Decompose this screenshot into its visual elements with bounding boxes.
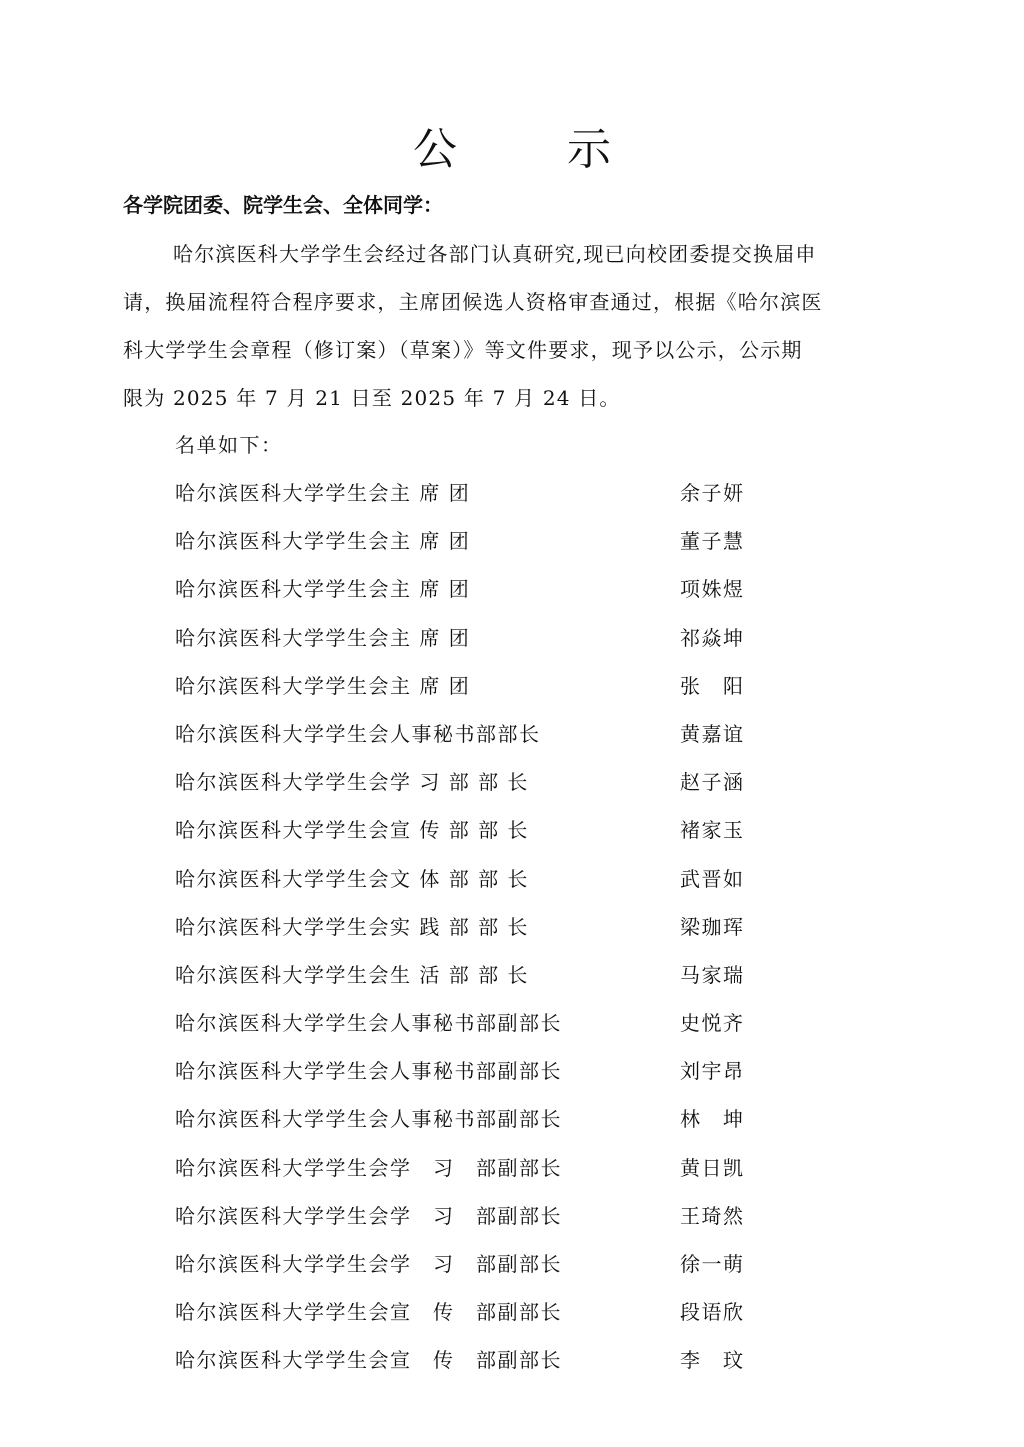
position-label: 哈尔滨医科大学学生会文 体 部 部 长 [175,864,529,894]
position-label: 哈尔滨医科大学学生会主 席 团 [175,526,470,556]
roster-row: 哈尔滨医科大学学生会主 席 团董子慧 [175,526,775,574]
position-label: 哈尔滨医科大学学生会学 习 部副部长 [175,1249,562,1279]
roster-row: 哈尔滨医科大学学生会主 席 团项姝煜 [175,574,775,622]
person-name: 张 阳 [680,671,745,701]
position-label: 哈尔滨医科大学学生会人事秘书部部长 [175,719,541,749]
position-label: 哈尔滨医科大学学生会人事秘书部副部长 [175,1056,562,1086]
person-name: 王琦然 [680,1201,745,1231]
paragraph-line: 科大学学生会章程（修订案）（草案）》等文件要求，现予以公示，公示期 [123,326,908,374]
position-label: 哈尔滨医科大学学生会主 席 团 [175,478,470,508]
roster-row: 哈尔滨医科大学学生会学 习 部副部长王琦然 [175,1201,775,1249]
position-label: 哈尔滨医科大学学生会宣 传 部副部长 [175,1345,562,1375]
person-name: 李 玟 [680,1345,745,1375]
paragraph-line: 限为 2025 年 7 月 21 日至 2025 年 7 月 24 日。 [123,374,908,422]
person-name: 段语欣 [680,1297,745,1327]
position-label: 哈尔滨医科大学学生会主 席 团 [175,623,470,653]
position-label: 哈尔滨医科大学学生会生 活 部 部 长 [175,960,529,990]
person-name: 祁焱坤 [680,623,745,653]
position-label: 哈尔滨医科大学学生会学 习 部副部长 [175,1153,562,1183]
announcement-paragraph: 哈尔滨医科大学学生会经过各部门认真研究,现已向校团委提交换届申 请，换届流程符合… [123,230,908,422]
roster-row: 哈尔滨医科大学学生会文 体 部 部 长武晋如 [175,864,775,912]
roster-row: 哈尔滨医科大学学生会生 活 部 部 长马家瑞 [175,960,775,1008]
person-name: 项姝煜 [680,574,745,604]
paragraph-line: 哈尔滨医科大学学生会经过各部门认真研究,现已向校团委提交换届申 [123,230,908,278]
position-label: 哈尔滨医科大学学生会主 席 团 [175,671,470,701]
person-name: 余子妍 [680,478,745,508]
roster-row: 哈尔滨医科大学学生会主 席 团张 阳 [175,671,775,719]
roster-row: 哈尔滨医科大学学生会宣 传 部副部长段语欣 [175,1297,775,1345]
position-label: 哈尔滨医科大学学生会学 习 部 部 长 [175,767,529,797]
position-label: 哈尔滨医科大学学生会实 践 部 部 长 [175,912,529,942]
position-label: 哈尔滨医科大学学生会宣 传 部 部 长 [175,815,529,845]
person-name: 赵子涵 [680,767,745,797]
position-label: 哈尔滨医科大学学生会主 席 团 [175,574,470,604]
page-title: 公 示 [0,122,1024,178]
roster-row: 哈尔滨医科大学学生会主 席 团祁焱坤 [175,623,775,671]
person-name: 梁珈珲 [680,912,745,942]
person-name: 马家瑞 [680,960,745,990]
roster-row: 哈尔滨医科大学学生会实 践 部 部 长梁珈珲 [175,912,775,960]
roster-row: 哈尔滨医科大学学生会宣 传 部副部长李 玟 [175,1345,775,1393]
person-name: 林 坤 [680,1104,745,1134]
roster-row: 哈尔滨医科大学学生会主 席 团余子妍 [175,478,775,526]
paragraph-line: 请，换届流程符合程序要求，主席团候选人资格审查通过，根据《哈尔滨医 [123,278,908,326]
roster-row: 哈尔滨医科大学学生会学 习 部副部长黄日凯 [175,1153,775,1201]
roster-row: 哈尔滨医科大学学生会人事秘书部副部长史悦齐 [175,1008,775,1056]
roster-row: 哈尔滨医科大学学生会学 习 部 部 长赵子涵 [175,767,775,815]
person-name: 黄日凯 [680,1153,745,1183]
roster-row: 哈尔滨医科大学学生会宣 传 部 部 长褚家玉 [175,815,775,863]
person-name: 武晋如 [680,864,745,894]
person-name: 董子慧 [680,526,745,556]
person-name: 徐一萌 [680,1249,745,1279]
position-label: 哈尔滨医科大学学生会宣 传 部副部长 [175,1297,562,1327]
position-label: 哈尔滨医科大学学生会人事秘书部副部长 [175,1104,562,1134]
person-name: 史悦齐 [680,1008,745,1038]
position-label: 哈尔滨医科大学学生会人事秘书部副部长 [175,1008,562,1038]
roster-row: 哈尔滨医科大学学生会人事秘书部副部长林 坤 [175,1104,775,1152]
position-label: 哈尔滨医科大学学生会学 习 部副部长 [175,1201,562,1231]
roster-list: 哈尔滨医科大学学生会主 席 团余子妍 哈尔滨医科大学学生会主 席 团董子慧 哈尔… [175,478,775,1394]
salutation: 各学院团委、院学生会、全体同学： [123,190,443,220]
person-name: 刘宇昂 [680,1056,745,1086]
roster-row: 哈尔滨医科大学学生会人事秘书部副部长刘宇昂 [175,1056,775,1104]
list-intro: 名单如下： [175,430,283,460]
person-name: 褚家玉 [680,815,745,845]
roster-row: 哈尔滨医科大学学生会人事秘书部部长黄嘉谊 [175,719,775,767]
person-name: 黄嘉谊 [680,719,745,749]
roster-row: 哈尔滨医科大学学生会学 习 部副部长徐一萌 [175,1249,775,1297]
